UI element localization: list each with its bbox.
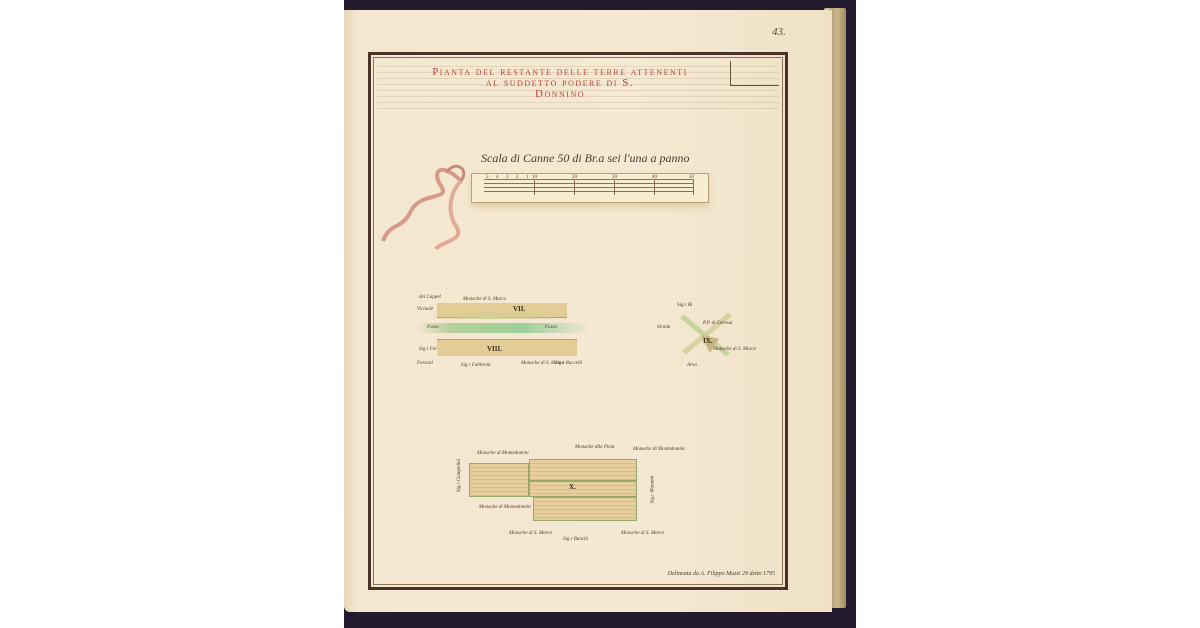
signature: Delineata da A. Filippo Muzzi 29 detto 1…	[668, 571, 775, 577]
title-block: Pianta del restante delle terre attenent…	[377, 61, 779, 111]
title-box	[730, 61, 779, 86]
page-number: 43.	[772, 26, 786, 38]
manuscript-page: 43. Pianta del restante delle terre atte…	[344, 10, 832, 612]
scale-caption: Scala di Canne 50 di Br.a sei l'una a pa…	[481, 151, 690, 166]
scale-bar: 5 4 3 2 1 10 20 30 40 50	[471, 173, 709, 203]
plot-x: X. Monache di Montedomini Monache dlla P…	[443, 443, 663, 553]
plot-ix: IX. Sig.r Bi P.P. di Certosa Monache di …	[657, 301, 747, 381]
book-viewer: 43. Pianta del restante delle terre atte…	[344, 0, 856, 628]
plot-vii-viii: VII. VIII. del Cappel Vicinale Monache d…	[417, 293, 597, 383]
map-title: Pianta del restante delle terre attenent…	[395, 67, 725, 100]
ribbon-icon	[381, 161, 471, 251]
map-frame: Pianta del restante delle terre attenent…	[368, 52, 788, 590]
